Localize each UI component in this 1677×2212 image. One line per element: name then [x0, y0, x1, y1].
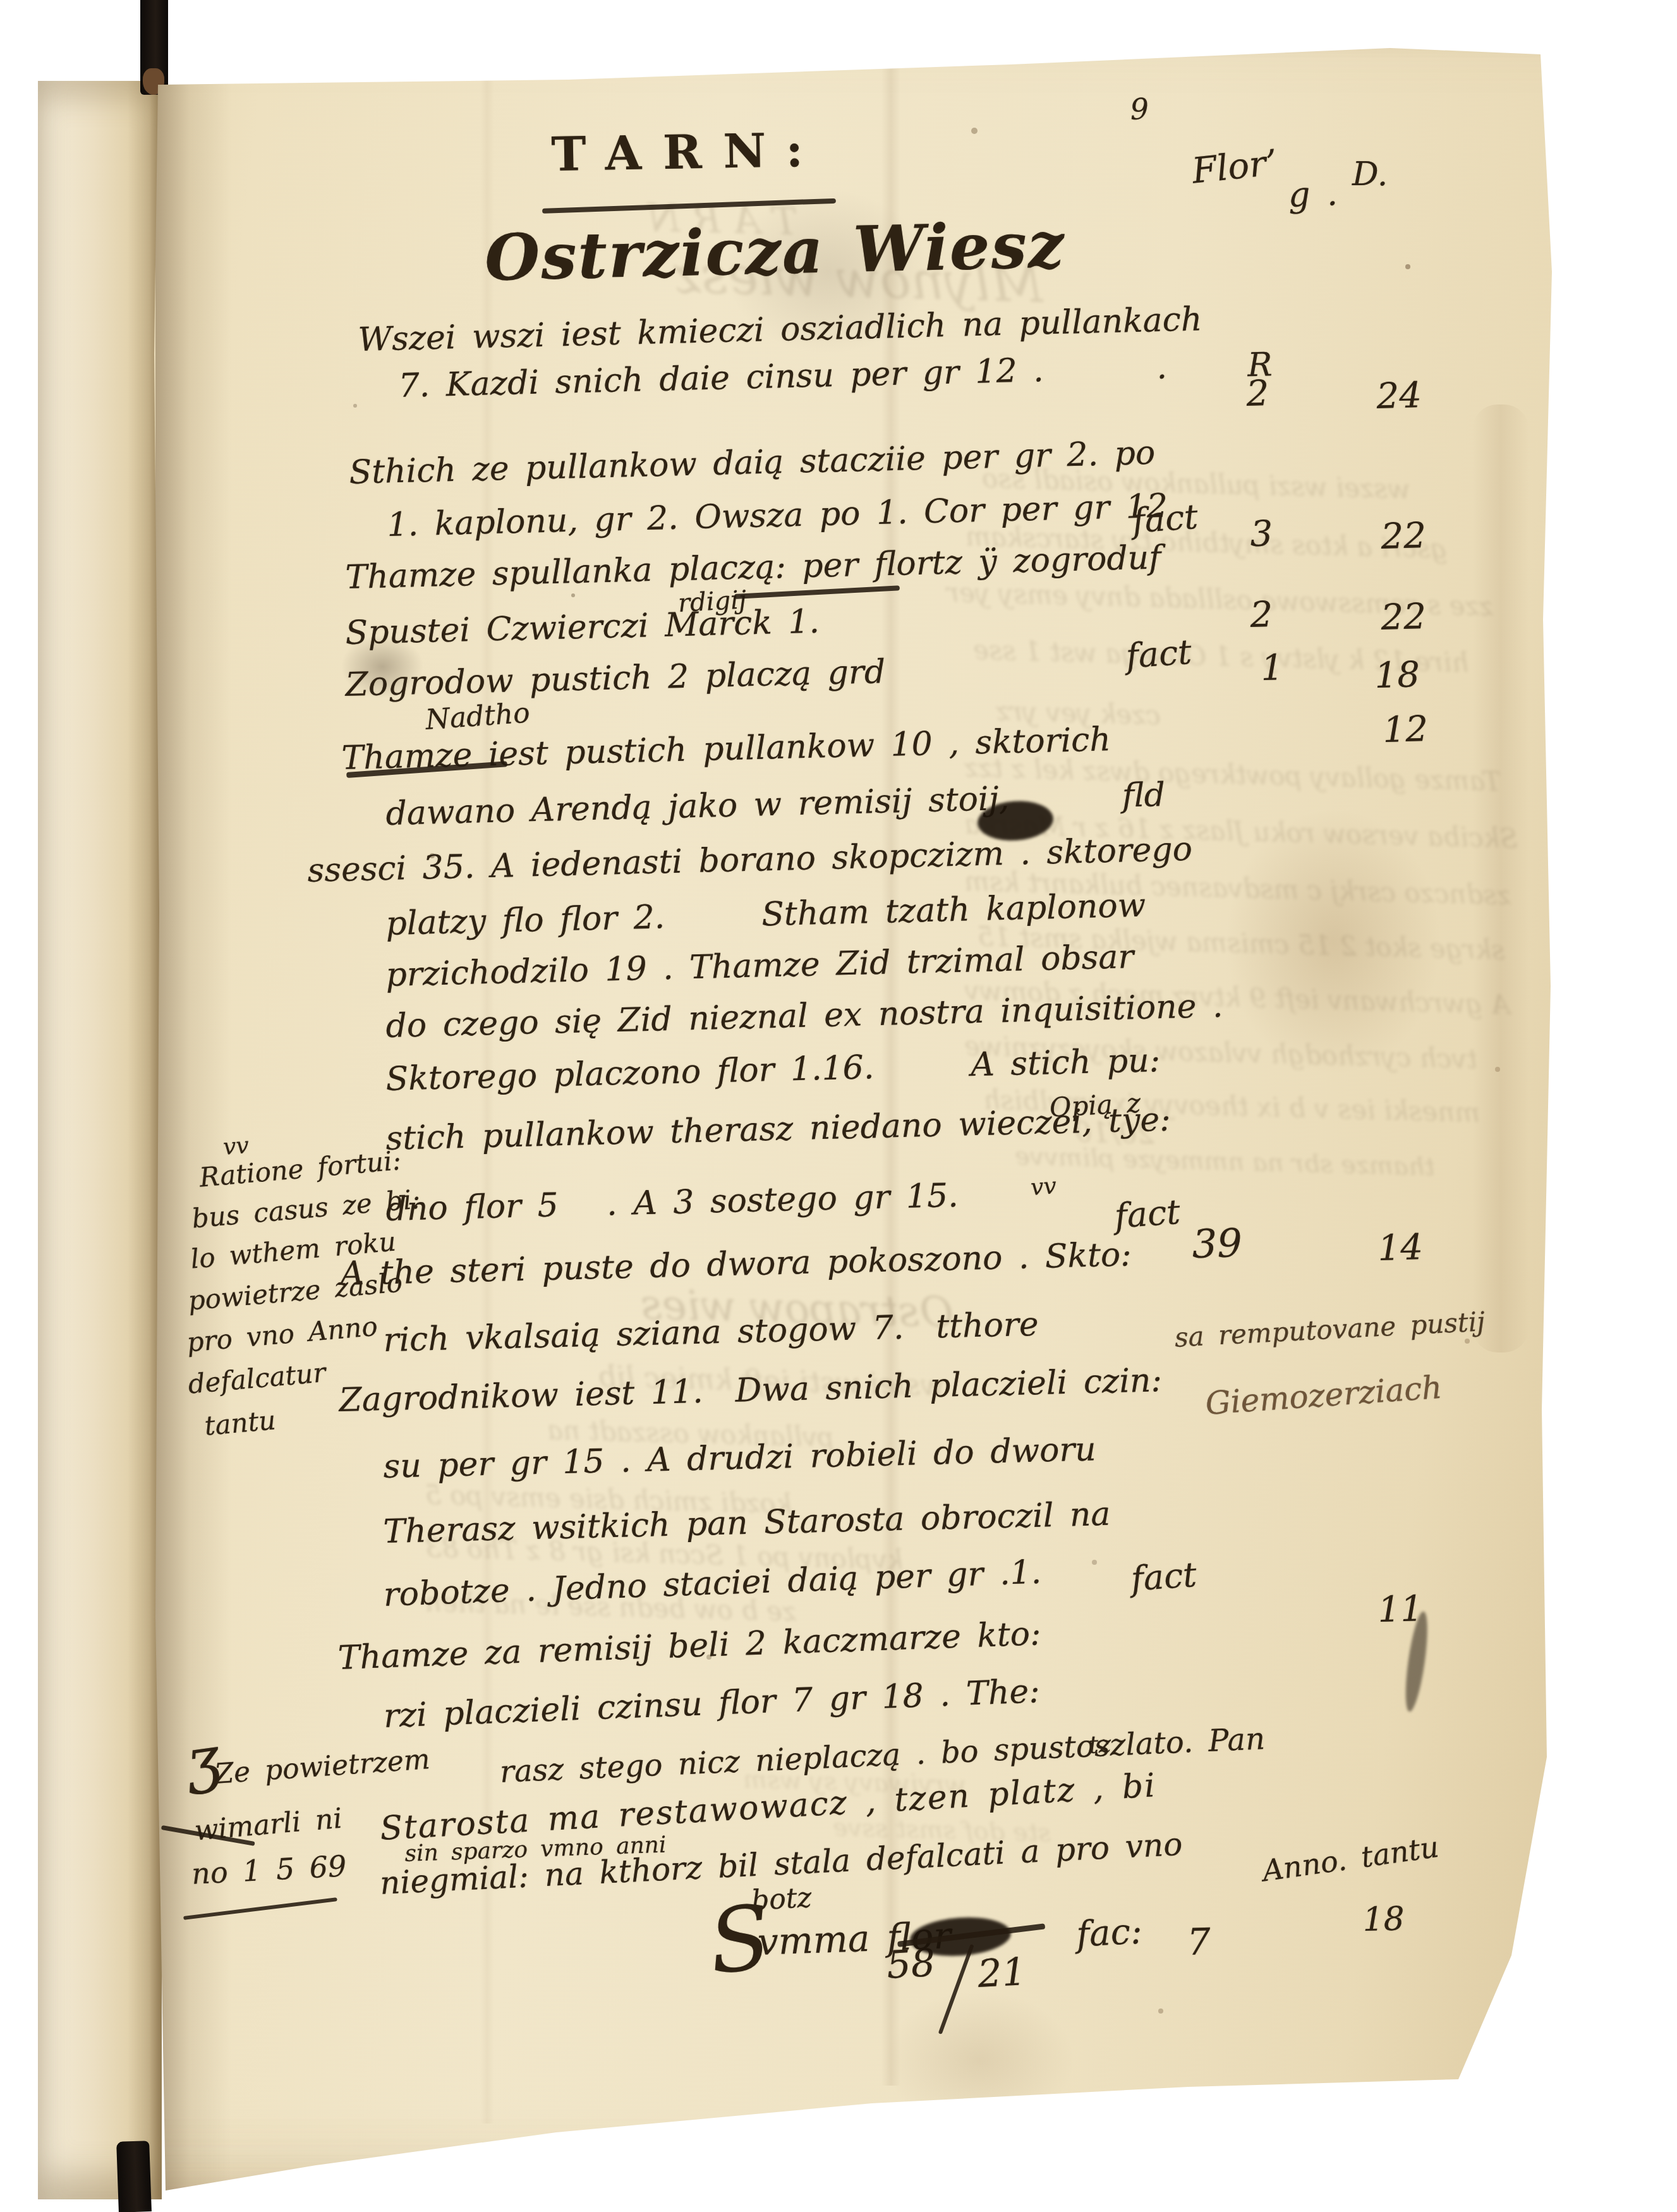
- amount-gr-row1: 24: [1376, 378, 1422, 415]
- body-line-27b: Anno. tantu: [1261, 1832, 1441, 1886]
- superscript-tz: tz: [1088, 1732, 1111, 1757]
- margin-mid-7: tantu: [203, 1407, 277, 1440]
- margin-note-year: no 1 5 69: [191, 1851, 347, 1888]
- summa-fact-label: fac:: [1075, 1914, 1143, 1953]
- manuscript-page: T A R NMlynow wieszwszei wszi pullankow …: [0, 0, 1677, 2212]
- amount-gr-row2: 22: [1381, 518, 1427, 555]
- body-line-16: dno flor 5 . A 3 sostego gr 15.: [385, 1179, 959, 1226]
- header-col-d: D.: [1352, 158, 1388, 191]
- margin-right-note: Giemozerziach: [1204, 1371, 1443, 1419]
- body-line-7: Zogrodow pustich 2 placzą grd: [345, 655, 886, 702]
- summa-gr-value: 18: [1362, 1902, 1405, 1936]
- body-line-19: Zagrodnikow iest 11. Dwa snich placzieli…: [339, 1364, 1162, 1417]
- amount-gr-row5: 12: [1383, 712, 1429, 748]
- superscript-vv: vv: [1030, 1175, 1057, 1200]
- amount-gr-row3: 22: [1381, 599, 1427, 636]
- amount-flor-row6: 39: [1192, 1224, 1242, 1264]
- page-edge-band: [1472, 404, 1529, 1352]
- summa-fraction-21: 21: [977, 1953, 1027, 1993]
- margin-note-powietrzem: Ze powietrzem: [214, 1746, 431, 1789]
- body-line-2: 7. Kazdi snich daie cinsu per gr 12 . . …: [398, 348, 1273, 403]
- amount-flor-row4: 1: [1261, 650, 1284, 686]
- interlinear-opia: Opią z: [1049, 1090, 1141, 1121]
- margin-mid-vv: vv: [222, 1134, 250, 1159]
- amount-flor-row2: 3: [1250, 516, 1273, 552]
- header-place: TARN:: [551, 126, 825, 178]
- amount-flor-row3: 2: [1250, 597, 1273, 633]
- strikethrough-per-flortz: [734, 585, 900, 599]
- header-col-flor: Flor’: [1190, 145, 1279, 190]
- body-line-6: Spustei Czwierczi Marck 1.: [345, 605, 820, 650]
- manuscript-scan: T A R NMlynow wieszwszei wszi pullankow …: [0, 0, 1677, 2212]
- margin-right-cont: sa remputovane pustij: [1174, 1308, 1486, 1351]
- interlinear-nadtho: Nadtho: [425, 699, 531, 734]
- fact-label-2: fact: [1125, 635, 1193, 674]
- binding-ribbon-bottom: [116, 2141, 152, 2212]
- paper-specks: [0, 0, 3, 3]
- fact-label-4: fact: [1130, 1558, 1198, 1596]
- bleed-through-text: thamze sbr na nmmeyze plimvve: [1015, 1143, 1436, 1179]
- previous-page-edge: [38, 81, 162, 2199]
- body-line-23: Thamze za remisij beli 2 kaczmarze kto:: [337, 1617, 1041, 1675]
- stain: [885, 1991, 1074, 2130]
- summa-flor-value: 7: [1187, 1923, 1211, 1960]
- page-title: Ostrzicza Wiesz: [484, 213, 1066, 289]
- binding-ribbon-top: [140, 0, 168, 95]
- folio-number: 9: [1130, 94, 1149, 124]
- fact-label-3: fact: [1113, 1195, 1182, 1234]
- fact-label-1: fact: [1131, 500, 1199, 538]
- header-col-gr: g .: [1288, 176, 1338, 212]
- amount-flor-row1: 2: [1246, 376, 1269, 412]
- body-line-17: A the steri puste do dwora pokoszono . S…: [340, 1238, 1132, 1291]
- amount-gr-row4: 18: [1374, 657, 1420, 694]
- amount-gr-row6: 14: [1377, 1230, 1424, 1267]
